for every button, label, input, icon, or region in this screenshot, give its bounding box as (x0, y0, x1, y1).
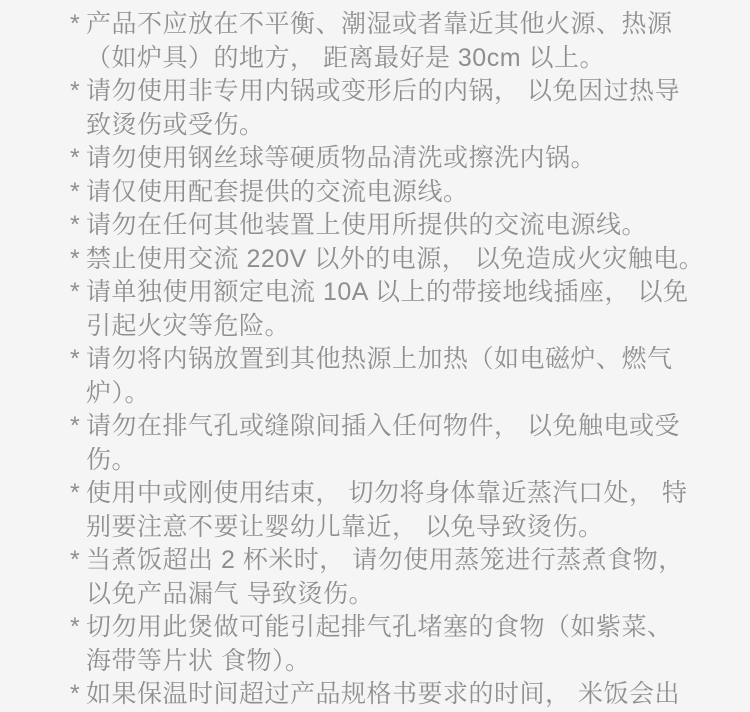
list-item-text: 请仅使用配套提供的交流电源线。 (86, 176, 714, 210)
bullet-marker: * (70, 477, 86, 511)
list-item: *禁止使用交流 220V 以外的电源， 以免造成火灾触电。 (70, 243, 714, 277)
bullet-marker: * (70, 611, 86, 645)
list-item: *请单独使用额定电流 10A 以上的带接地线插座， 以免 引起火灾等危险。 (70, 276, 714, 343)
safety-notes-page: *产品不应放在不平衡、潮湿或者靠近其他火源、热源 （如炉具）的地方， 距离最好是… (0, 0, 750, 712)
bullet-marker: * (70, 544, 86, 578)
bullet-marker: * (70, 75, 86, 109)
list-item: *请勿将内锅放置到其他热源上加热（如电磁炉、燃气 炉）。 (70, 343, 714, 410)
list-item: *产品不应放在不平衡、潮湿或者靠近其他火源、热源 （如炉具）的地方， 距离最好是… (70, 8, 714, 75)
list-item: *请勿使用非专用内锅或变形后的内锅， 以免因过热导 致烫伤或受伤。 (70, 75, 714, 142)
bullet-marker: * (70, 343, 86, 377)
list-item-text: 产品不应放在不平衡、潮湿或者靠近其他火源、热源 （如炉具）的地方， 距离最好是 … (86, 8, 714, 75)
list-item: *请勿在排气孔或缝隙间插入任何物件， 以免触电或受 伤。 (70, 410, 714, 477)
list-item-text: 请单独使用额定电流 10A 以上的带接地线插座， 以免 引起火灾等危险。 (86, 276, 714, 343)
list-item: *切勿用此煲做可能引起排气孔堵塞的食物（如紫菜、 海带等片状 食物）。 (70, 611, 714, 678)
list-item-text: 切勿用此煲做可能引起排气孔堵塞的食物（如紫菜、 海带等片状 食物）。 (86, 611, 714, 678)
bullet-marker: * (70, 142, 86, 176)
list-item-text: 禁止使用交流 220V 以外的电源， 以免造成火灾触电。 (86, 243, 714, 277)
bullet-marker: * (70, 209, 86, 243)
list-item: *请仅使用配套提供的交流电源线。 (70, 176, 714, 210)
bullet-marker: * (70, 8, 86, 42)
list-item-text: 请勿使用钢丝球等硬质物品清洗或擦洗内锅。 (86, 142, 714, 176)
bullet-marker: * (70, 678, 86, 712)
list-item: *当煮饭超出 2 杯米时， 请勿使用蒸笼进行蒸煮食物， 以免产品漏气 导致烫伤。 (70, 544, 714, 611)
list-item: *如果保温时间超过产品规格书要求的时间， 米饭会出 (70, 678, 714, 712)
list-item-text: 请勿在任何其他装置上使用所提供的交流电源线。 (86, 209, 714, 243)
list-item-text: 请勿在排气孔或缝隙间插入任何物件， 以免触电或受 伤。 (86, 410, 714, 477)
list-item: *请勿在任何其他装置上使用所提供的交流电源线。 (70, 209, 714, 243)
list-item-text: 当煮饭超出 2 杯米时， 请勿使用蒸笼进行蒸煮食物， 以免产品漏气 导致烫伤。 (86, 544, 714, 611)
bullet-marker: * (70, 176, 86, 210)
bullet-marker: * (70, 276, 86, 310)
list-item: *请勿使用钢丝球等硬质物品清洗或擦洗内锅。 (70, 142, 714, 176)
safety-notes-list: *产品不应放在不平衡、潮湿或者靠近其他火源、热源 （如炉具）的地方， 距离最好是… (0, 0, 750, 712)
list-item-text: 请勿使用非专用内锅或变形后的内锅， 以免因过热导 致烫伤或受伤。 (86, 75, 714, 142)
list-item-text: 请勿将内锅放置到其他热源上加热（如电磁炉、燃气 炉）。 (86, 343, 714, 410)
list-item-text: 如果保温时间超过产品规格书要求的时间， 米饭会出 (86, 678, 714, 712)
list-item: *使用中或刚使用结束， 切勿将身体靠近蒸汽口处， 特 别要注意不要让婴幼儿靠近，… (70, 477, 714, 544)
list-item-text: 使用中或刚使用结束， 切勿将身体靠近蒸汽口处， 特 别要注意不要让婴幼儿靠近， … (86, 477, 714, 544)
bullet-marker: * (70, 410, 86, 444)
bullet-marker: * (70, 243, 86, 277)
